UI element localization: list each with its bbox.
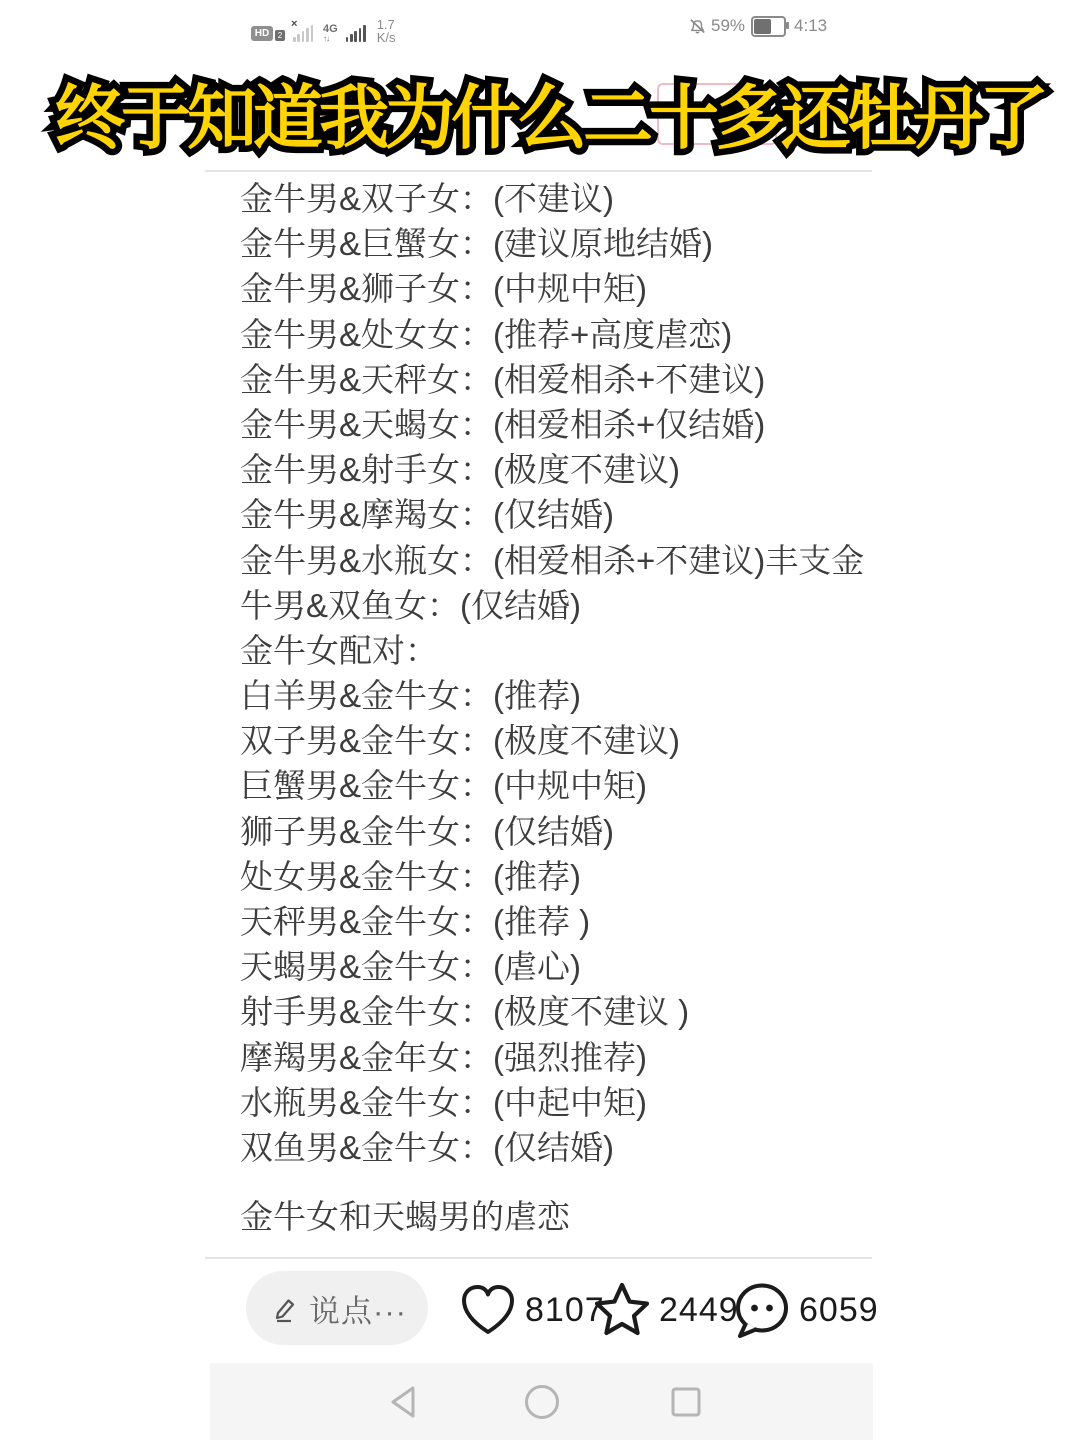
- no-signal-x-icon: ×: [291, 19, 297, 30]
- status-bar: HD 2 × 4G ↑↓ 1.7 K/s 59% 4:13: [0, 0, 1080, 52]
- content-line: 金牛男&天秤女：(相爱相杀+不建议): [240, 357, 900, 402]
- battery-percent: 59%: [711, 16, 745, 36]
- content-line: 金牛男&双子女：(不建议): [240, 176, 900, 221]
- recents-icon[interactable]: [669, 1385, 703, 1419]
- hd-volte-icon: HD: [251, 26, 273, 41]
- heart-icon: [459, 1282, 517, 1338]
- overlay-title: 终于知道我为什么二十多还牡丹了 终于知道我为什么二十多还牡丹了: [55, 70, 1055, 166]
- net-speed-unit: K/s: [377, 31, 396, 44]
- content-line: 水瓶男&金牛女：(中起中矩): [240, 1080, 900, 1125]
- comment-bubble-icon: [733, 1281, 791, 1339]
- star-icon: [593, 1281, 651, 1339]
- content-gap: [240, 1170, 900, 1194]
- action-bar: 说点··· 8107 2449 6059: [0, 1262, 1080, 1358]
- content-line: 射手男&金牛女：(极度不建议 ): [240, 989, 900, 1034]
- content-line: 双子男&金牛女：(极度不建议): [240, 718, 900, 763]
- home-icon[interactable]: [523, 1383, 561, 1421]
- network-type: 4G ↑↓: [323, 24, 338, 43]
- content-line: 处女男&金牛女：(推荐): [240, 854, 900, 899]
- overlay-title-text: 终于知道我为什么二十多还牡丹了: [55, 70, 1045, 166]
- hd-sim2-badge: 2: [275, 30, 285, 41]
- collect-count: 2449: [659, 1291, 739, 1330]
- content-line: 双鱼男&金牛女：(仅结婚): [240, 1125, 900, 1170]
- content-line: 巨蟹男&金牛女：(中规中矩): [240, 763, 900, 808]
- content-line: 金牛男&天蝎女：(相爱相杀+仅结婚): [240, 402, 900, 447]
- collect-button[interactable]: 2449: [593, 1262, 739, 1358]
- content-line: 金牛女和天蝎男的虐恋: [240, 1194, 900, 1239]
- content-line: 天蝎男&金牛女：(虐心): [240, 944, 900, 989]
- content-line: 金牛男&巨蟹女：(建议原地结婚): [240, 221, 900, 266]
- content-line: 金牛男&狮子女：(中规中矩): [240, 266, 900, 311]
- sim2-signal-icon: [346, 23, 368, 42]
- updown-arrows-icon: ↑↓: [323, 35, 329, 43]
- content-line: 金牛男&射手女：(极度不建议): [240, 447, 900, 492]
- like-button[interactable]: 8107: [459, 1262, 605, 1358]
- content-line: 金牛男&摩羯女：(仅结婚): [240, 492, 900, 537]
- content-line: 摩羯男&金年女：(强烈推荐): [240, 1035, 900, 1080]
- comment-input[interactable]: 说点···: [246, 1271, 428, 1345]
- mute-bell-icon: [688, 17, 707, 36]
- net-speed: 1.7 K/s: [377, 18, 396, 44]
- battery-icon: [751, 16, 786, 37]
- status-left-cluster: HD 2 × 4G ↑↓ 1.7 K/s: [251, 12, 395, 42]
- content-line: 金牛男&水瓶女：(相爱相杀+不建议)丰支金: [240, 538, 900, 583]
- content-line: 天秤男&金牛女：(推荐 ): [240, 899, 900, 944]
- android-nav-bar: [210, 1363, 873, 1440]
- comment-count: 6059: [799, 1291, 879, 1330]
- pencil-icon: [270, 1293, 300, 1323]
- status-time: 4:13: [794, 16, 827, 36]
- comment-placeholder: 说点···: [309, 1286, 407, 1331]
- back-icon[interactable]: [386, 1383, 420, 1421]
- content-lines: 金牛男&双子女：(不建议)金牛男&巨蟹女：(建议原地结婚)金牛男&狮子女：(中规…: [240, 176, 900, 1239]
- content-line: 牛男&双鱼女：(仅结婚): [240, 583, 900, 628]
- comment-button[interactable]: 6059: [733, 1262, 879, 1358]
- status-right-cluster: 59% 4:13: [688, 12, 827, 40]
- content-line: 白羊男&金牛女：(推荐): [240, 673, 900, 718]
- content-line: 金牛男&处女女：(推荐+高度虐恋): [240, 312, 900, 357]
- sim1-no-signal-icon: ×: [293, 23, 315, 42]
- content-line: 狮子男&金牛女：(仅结婚): [240, 809, 900, 854]
- content-bottom-divider: [205, 1257, 872, 1259]
- content-top-divider: [205, 170, 872, 172]
- content-line: 金牛女配对：: [240, 628, 900, 673]
